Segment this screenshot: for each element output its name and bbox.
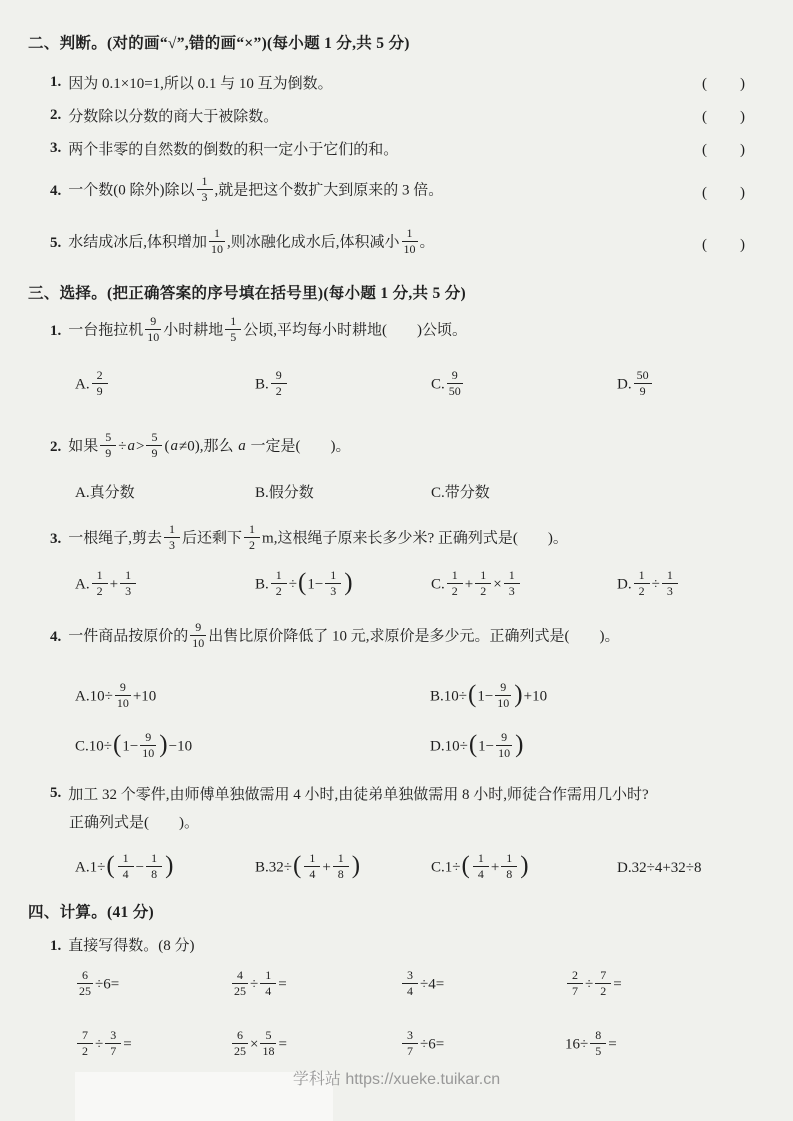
- choice-question-2: 2. 如果59÷a>59(a≠0),那么 a 一定是( )。: [50, 424, 746, 470]
- choice-q1-options: A.29 B.92 C.950 D.509: [75, 362, 746, 408]
- option-c[interactable]: C.950: [431, 371, 617, 399]
- question-text: 分数除以分数的商大于被除数。: [68, 105, 278, 126]
- question-number: 5.: [50, 235, 61, 252]
- choice-q2-options: A.真分数 B.假分数 C.带分数: [75, 476, 746, 506]
- question-number: 2.: [50, 107, 61, 124]
- judge-item-2: 2.分数除以分数的商大于被除数。 ( ): [50, 99, 746, 132]
- question-text-line1: 加工 32 个零件,由师傅单独做需用 4 小时,由徒弟单独做需用 8 小时,师徒…: [68, 783, 648, 804]
- option-c[interactable]: C.10÷(1−910)−10: [75, 733, 430, 761]
- subsection-text: 直接写得数。(8 分): [68, 938, 194, 954]
- option-b[interactable]: B.32÷(14+18): [255, 854, 431, 882]
- calc-row-2: 72÷37= 625×518= 37÷6= 16÷85=: [75, 1021, 746, 1069]
- question-number: 3.: [50, 531, 61, 548]
- question-text: 一个数(0 除外)除以13,就是把这个数扩大到原来的 3 倍。: [68, 177, 443, 205]
- calc-row-1: 625÷6= 425÷14= 34÷4= 27÷72=: [75, 961, 746, 1009]
- option-a[interactable]: A.12+13: [75, 571, 255, 599]
- option-d[interactable]: D.12÷13: [617, 571, 746, 599]
- answer-blank[interactable]: ( ): [702, 72, 746, 93]
- question-text: 一根绳子,剪去13后还剩下12m,这根绳子原来长多少米? 正确列式是( )。: [68, 525, 568, 553]
- option-a[interactable]: A.1÷(14−18): [75, 854, 255, 882]
- calc-problem[interactable]: 34÷4=: [400, 971, 565, 999]
- question-number: 1.: [50, 74, 61, 91]
- question-number: 1.: [50, 323, 61, 340]
- worksheet-page: 二、判断。(对的画“√”,错的画“×”)(每小题 1 分,共 5 分) 1.因为…: [0, 0, 793, 1121]
- judge-item-3: 3.两个非零的自然数的倒数的积一定小于它们的和。 ( ): [50, 132, 746, 165]
- section-calc: 四、计算。(41 分) 1.直接写得数。(8 分) 625÷6= 425÷14=…: [28, 902, 746, 1069]
- option-b[interactable]: B.10÷(1−910)+10: [430, 683, 746, 711]
- answer-blank[interactable]: ( ): [702, 181, 746, 202]
- choice-q4-options-row2: C.10÷(1−910)−10 D.10÷(1−910): [75, 724, 746, 770]
- option-b[interactable]: B.92: [255, 371, 431, 399]
- question-text: 一件商品按原价的910出售比原价降低了 10 元,求原价是多少元。正确列式是( …: [68, 623, 619, 651]
- option-a[interactable]: A.10÷910+10: [75, 683, 430, 711]
- section-choice: 三、选择。(把正确答案的序号填在括号里)(每小题 1 分,共 5 分) 1. 一…: [28, 283, 746, 892]
- question-text: 两个非零的自然数的倒数的积一定小于它们的和。: [68, 138, 398, 159]
- choice-q4-options-row1: A.10÷910+10 B.10÷(1−910)+10: [75, 674, 746, 720]
- choice-question-1: 1. 一台拖拉机910小时耕地15公顷,平均每小时耕地( )公顷。: [50, 308, 746, 354]
- calc-subtitle: 1.直接写得数。(8 分): [50, 934, 746, 955]
- calc-problem[interactable]: 425÷14=: [230, 971, 400, 999]
- question-number: 4.: [50, 629, 61, 646]
- choice-question-3: 3. 一根绳子,剪去13后还剩下12m,这根绳子原来长多少米? 正确列式是( )…: [50, 516, 746, 562]
- calc-problem[interactable]: 625÷6=: [75, 971, 230, 999]
- question-number: 2.: [50, 439, 61, 456]
- choice-question-5: 5. 加工 32 个零件,由师傅单独做需用 4 小时,由徒弟单独做需用 8 小时…: [50, 780, 746, 806]
- answer-blank[interactable]: ( ): [702, 105, 746, 126]
- option-c[interactable]: C.12+12×13: [431, 571, 617, 599]
- section-judge-title: 二、判断。(对的画“√”,错的画“×”)(每小题 1 分,共 5 分): [28, 33, 746, 54]
- calc-problem[interactable]: 72÷37=: [75, 1031, 230, 1059]
- question-text: 一台拖拉机910小时耕地15公顷,平均每小时耕地( )公顷。: [68, 317, 467, 345]
- option-b[interactable]: B.假分数: [255, 481, 431, 502]
- judge-item-4: 4.一个数(0 除外)除以13,就是把这个数扩大到原来的 3 倍。 ( ): [50, 165, 746, 217]
- watermark-text: 学科站 https://xueke.tuikar.cn: [0, 1066, 793, 1089]
- question-text: 因为 0.1×10=1,所以 0.1 与 10 互为倒数。: [68, 72, 332, 93]
- option-c[interactable]: C.1÷(14+18): [431, 854, 617, 882]
- calc-problem[interactable]: 16÷85=: [565, 1031, 746, 1059]
- question-number: 3.: [50, 140, 61, 157]
- option-a[interactable]: A.29: [75, 371, 255, 399]
- choice-question-5-line2: 正确列式是( )。: [69, 806, 746, 836]
- answer-blank[interactable]: ( ): [702, 233, 746, 254]
- judge-item-5: 5.水结成冰后,体积增加110,则冰融化成水后,体积减小110。 ( ): [50, 217, 746, 269]
- choice-q5-options: A.1÷(14−18) B.32÷(14+18) C.1÷(14+18) D.3…: [75, 844, 746, 892]
- judge-item-1: 1.因为 0.1×10=1,所以 0.1 与 10 互为倒数。 ( ): [50, 66, 746, 99]
- option-b[interactable]: B.12÷(1−13): [255, 571, 431, 599]
- option-d[interactable]: D.32÷4+32÷8: [617, 860, 746, 877]
- option-a[interactable]: A.真分数: [75, 481, 255, 502]
- answer-blank[interactable]: ( ): [702, 138, 746, 159]
- section-judge: 二、判断。(对的画“√”,错的画“×”)(每小题 1 分,共 5 分) 1.因为…: [28, 33, 746, 269]
- choice-q3-options: A.12+13 B.12÷(1−13) C.12+12×13 D.12÷13: [75, 562, 746, 608]
- question-text-line2: 正确列式是( )。: [69, 811, 199, 832]
- option-c[interactable]: C.带分数: [431, 481, 746, 502]
- option-d[interactable]: D.10÷(1−910): [430, 733, 746, 761]
- question-number: 4.: [50, 183, 61, 200]
- calc-problem[interactable]: 27÷72=: [565, 971, 746, 999]
- section-calc-title: 四、计算。(41 分): [28, 902, 746, 923]
- calc-problem[interactable]: 37÷6=: [400, 1031, 565, 1059]
- calc-problem[interactable]: 625×518=: [230, 1031, 400, 1059]
- subsection-number: 1.: [50, 938, 61, 954]
- question-text: 如果59÷a>59(a≠0),那么 a 一定是( )。: [68, 433, 350, 461]
- choice-question-4: 4. 一件商品按原价的910出售比原价降低了 10 元,求原价是多少元。正确列式…: [50, 614, 746, 660]
- question-text: 水结成冰后,体积增加110,则冰融化成水后,体积减小110。: [68, 229, 434, 257]
- option-d[interactable]: D.509: [617, 371, 746, 399]
- section-choice-title: 三、选择。(把正确答案的序号填在括号里)(每小题 1 分,共 5 分): [28, 283, 746, 304]
- question-number: 5.: [50, 785, 61, 802]
